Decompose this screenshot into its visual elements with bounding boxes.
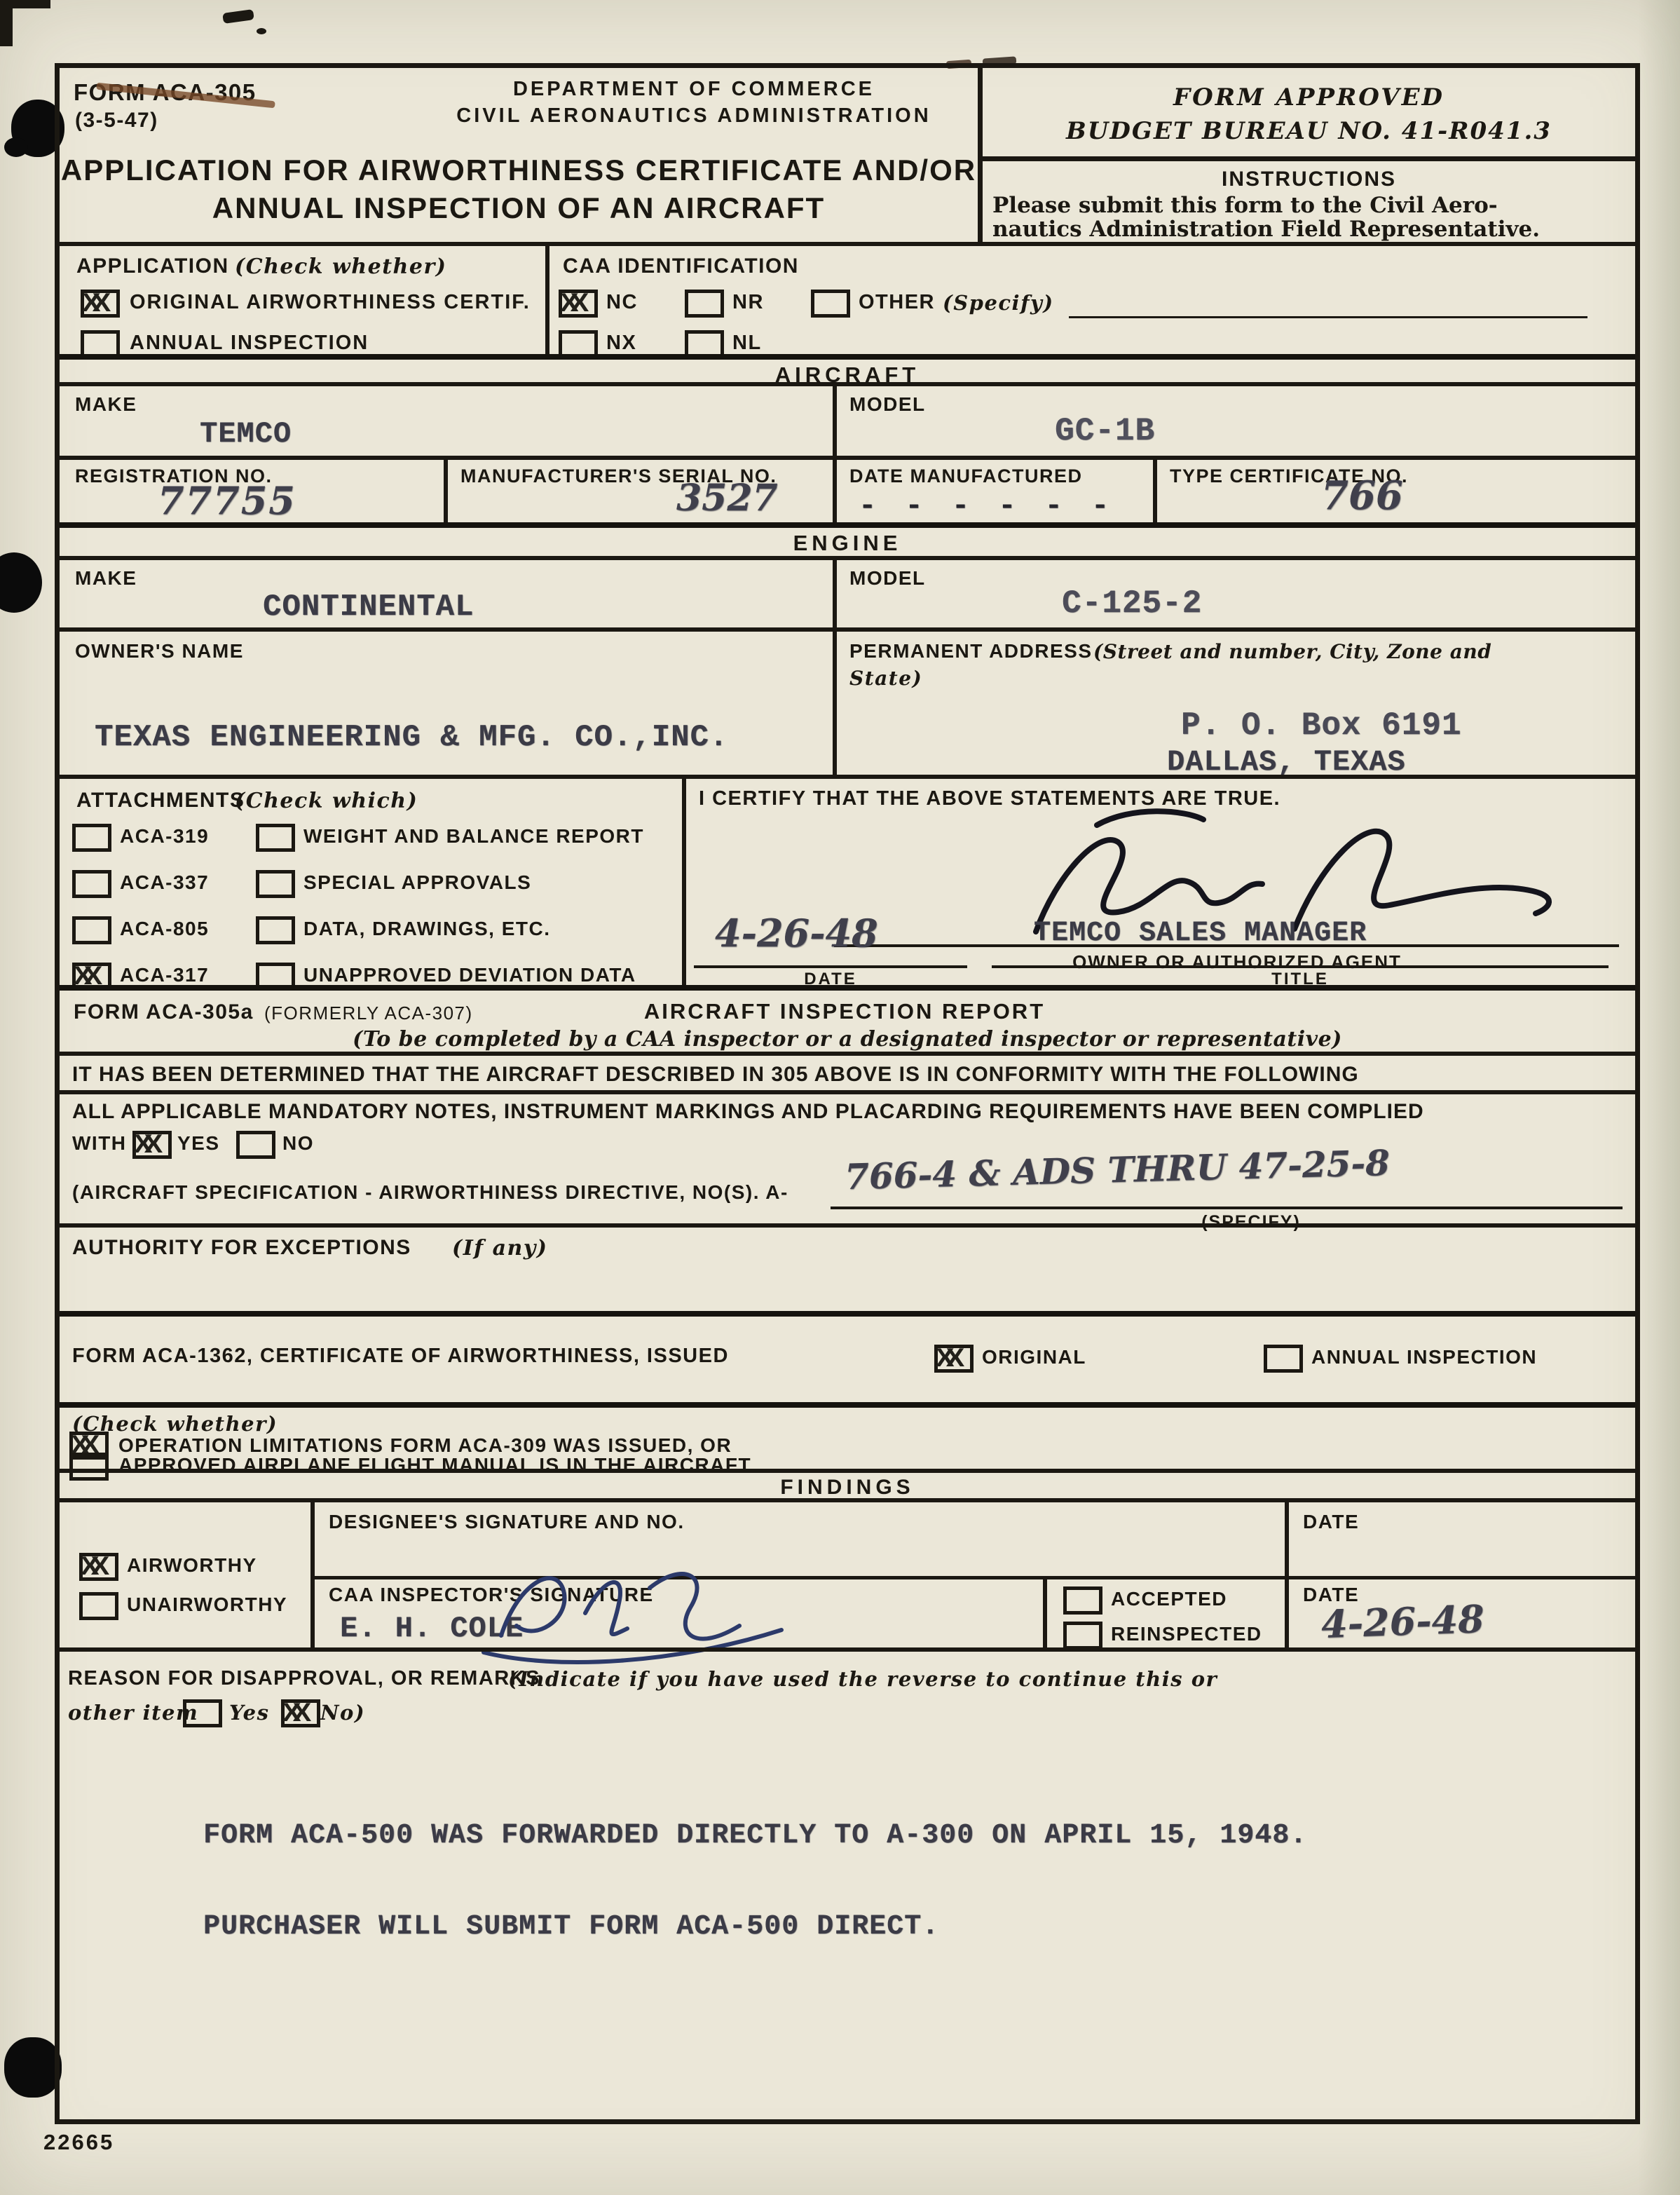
aircraft-section-band: AIRCRAFT <box>60 354 1635 382</box>
engine-make-model-row: MAKE CONTINENTAL MODEL C-125-2 <box>60 556 1635 627</box>
instructions-line1: Please submit this form to the Civil Aer… <box>992 193 1498 218</box>
airworthy-label: AIRWORTHY <box>127 1554 257 1577</box>
unairworthy-checkbox <box>79 1592 118 1620</box>
spec-directive-value: 766-4 & ADS THRU 47-25-8 <box>844 1142 1390 1197</box>
caa-nx-label: NX <box>606 332 636 355</box>
owner-address-row: OWNER'S NAME TEXAS ENGINEERING & MFG. CO… <box>60 627 1635 775</box>
issued-original-checkbox <box>934 1345 974 1373</box>
findings-date-label-top: DATE <box>1303 1511 1359 1533</box>
doc-number: 22665 <box>43 2130 114 2155</box>
inspection-report-title: AIRCRAFT INSPECTION REPORT <box>354 999 1335 1024</box>
hole-punch-middle <box>0 552 42 613</box>
findings-date-value: 4-26-48 <box>1320 1596 1485 1647</box>
inspection-form-ref: FORM ACA-305a <box>74 1000 254 1024</box>
attachments-label: ATTACHMENTS <box>76 789 245 813</box>
remarks-other-item-note: other item <box>68 1701 198 1725</box>
issued-annual-checkbox <box>1264 1345 1303 1373</box>
airworthy-checkbox <box>79 1553 118 1581</box>
header-row: FORM ACA-305 (3-5-47) DEPARTMENT OF COMM… <box>60 68 1635 242</box>
reinspected-checkbox <box>1063 1622 1102 1650</box>
serial-date-divider <box>833 460 837 522</box>
attachment-aca319-checkbox <box>72 824 111 852</box>
caa-other-label: OTHER <box>859 291 935 314</box>
engine-make-model-divider <box>833 560 837 627</box>
date-manufactured-label: DATE MANUFACTURED <box>849 465 1082 487</box>
authority-exceptions-label: AUTHORITY FOR EXCEPTIONS <box>72 1236 411 1260</box>
address-value-line1: P. O. Box 6191 <box>1181 707 1461 744</box>
accepted-label: ACCEPTED <box>1111 1588 1227 1610</box>
attachment-weight-balance-label: WEIGHT AND BALANCE REPORT <box>303 825 644 848</box>
findings-table: AIRWORTHY UNAIRWORTHY DESIGNEE'S SIGNATU… <box>60 1498 1635 1647</box>
application-caa-row: APPLICATION (Check whether) ORIGINAL AIR… <box>60 242 1635 354</box>
findings-date-divider <box>1285 1502 1289 1647</box>
compliance-yes-checkbox <box>132 1131 172 1159</box>
remarks-no-label: No) <box>320 1701 365 1725</box>
caa-nl-label: NL <box>732 332 762 355</box>
registration-value: 77755 <box>158 478 296 523</box>
attachments-label-note: (Check which) <box>235 789 418 813</box>
attachments-certify-divider <box>682 779 686 985</box>
header-right-box: FORM APPROVED BUDGET BUREAU NO. 41-R041.… <box>978 68 1635 242</box>
accepted-column-divider <box>1043 1576 1047 1647</box>
caa-nc-checkbox <box>559 290 598 318</box>
inspection-report-subtitle: (To be completed by a CAA inspector or a… <box>60 1027 1635 1052</box>
aircraft-model-label: MODEL <box>849 393 926 416</box>
reinspected-label: REINSPECTED <box>1111 1623 1262 1645</box>
form-revision: (3-5-47) <box>75 109 158 132</box>
attachment-weight-balance-checkbox <box>256 824 295 852</box>
page-title-line2: ANNUAL INSPECTION OF AN AIRCRAFT <box>60 191 978 225</box>
remarks-body-line2: PURCHASER WILL SUBMIT FORM ACA-500 DIREC… <box>203 1911 939 1943</box>
compliance-no-checkbox <box>236 1131 275 1159</box>
compliance-with-prefix: WITH <box>72 1132 127 1155</box>
aircraft-model-value: GC-1B <box>1055 413 1155 449</box>
caa-identification-label: CAA IDENTIFICATION <box>563 254 799 278</box>
application-label: APPLICATION <box>76 254 229 278</box>
attachment-data-drawings-label: DATA, DRAWINGS, ETC. <box>303 918 551 940</box>
permanent-address-note1: (Street and number, City, Zone and <box>1093 640 1491 663</box>
certificate-issued-label: FORM ACA-1362, CERTIFICATE OF AIRWORTHIN… <box>72 1345 729 1368</box>
compliance-no-label: NO <box>282 1132 314 1155</box>
hole-punch-bottom <box>4 2037 62 2098</box>
caa-nc-label: NC <box>606 291 638 314</box>
remarks-body-line1: FORM ACA-500 WAS FORWARDED DIRECTLY TO A… <box>203 1820 1307 1851</box>
caa-other-checkbox <box>811 290 850 318</box>
original-airworthiness-label: ORIGINAL AIRWORTHINESS CERTIF. <box>130 291 531 314</box>
form-approved-line1: FORM APPROVED <box>983 83 1635 111</box>
application-caa-divider <box>545 246 549 354</box>
scan-mark-top-dot <box>257 28 266 34</box>
attachment-unapproved-deviation-label: UNAPPROVED DEVIATION DATA <box>303 964 636 986</box>
form-approved-box: FORM APPROVED BUDGET BUREAU NO. 41-R041.… <box>983 68 1635 161</box>
spec-directive-label: (AIRCRAFT SPECIFICATION - AIRWORTHINESS … <box>72 1181 788 1204</box>
compliance-yes-label: YES <box>177 1132 220 1155</box>
form-border: FORM ACA-305 (3-5-47) DEPARTMENT OF COMM… <box>55 63 1640 2124</box>
owner-name-value: TEXAS ENGINEERING & MFG. CO.,INC. <box>95 720 728 755</box>
caa-other-writein-line <box>1069 316 1587 318</box>
determination-row: IT HAS BEEN DETERMINED THAT THE AIRCRAFT… <box>60 1052 1635 1090</box>
issued-annual-label: ANNUAL INSPECTION <box>1311 1346 1537 1368</box>
engine-make-label: MAKE <box>75 567 137 590</box>
scan-edge-mark-corner-h <box>0 0 50 8</box>
reg-serial-divider <box>444 460 448 522</box>
authority-exceptions-note: (If any) <box>452 1236 547 1260</box>
determination-text: IT HAS BEEN DETERMINED THAT THE AIRCRAFT… <box>72 1063 1359 1087</box>
page-title-line1: APPLICATION FOR AIRWORTHINESS CERTIFICAT… <box>60 154 978 187</box>
date-typecert-divider <box>1153 460 1157 522</box>
attachment-aca337-checkbox <box>72 870 111 898</box>
certify-title-line <box>992 965 1609 968</box>
findings-left-divider <box>310 1502 315 1647</box>
remarks-yes-label: Yes <box>229 1701 269 1725</box>
form-approved-line2: BUDGET BUREAU NO. 41-R041.3 <box>983 117 1635 145</box>
owner-name-label: OWNER'S NAME <box>75 640 244 662</box>
type-certificate-value: 766 <box>1321 473 1403 519</box>
attachment-aca337-label: ACA-337 <box>120 871 209 894</box>
caa-nr-checkbox <box>685 290 724 318</box>
caa-nr-label: NR <box>732 291 764 314</box>
inspection-report-header-row: FORM ACA-305a (FORMERLY ACA-307) AIRCRAF… <box>60 985 1635 1052</box>
aircraft-make-model-row: MAKE TEMCO MODEL GC-1B <box>60 382 1635 456</box>
inspector-signature <box>452 1557 803 1662</box>
remarks-row: REASON FOR DISAPPROVAL, OR REMARKS (Indi… <box>60 1647 1635 2119</box>
attachment-aca805-checkbox <box>72 916 111 944</box>
certify-date-value: 4-26-48 <box>715 911 878 956</box>
remarks-no-checkbox <box>281 1699 320 1727</box>
original-airworthiness-checkbox <box>81 290 120 318</box>
designee-signature-label: DESIGNEE'S SIGNATURE AND NO. <box>329 1511 685 1533</box>
unairworthy-label: UNAIRWORTHY <box>127 1593 287 1616</box>
certify-date-line <box>694 965 967 968</box>
aircraft-numbers-row: REGISTRATION NO. 77755 MANUFACTURER'S SE… <box>60 456 1635 522</box>
engine-make-value: CONTINENTAL <box>263 590 474 625</box>
remarks-yes-checkbox <box>183 1699 222 1727</box>
authority-exceptions-row: AUTHORITY FOR EXCEPTIONS (If any) <box>60 1223 1635 1311</box>
engine-model-label: MODEL <box>849 567 926 590</box>
permanent-address-label: PERMANENT ADDRESS <box>849 640 1093 662</box>
accepted-checkbox <box>1063 1586 1102 1615</box>
compliance-row: ALL APPLICABLE MANDATORY NOTES, INSTRUME… <box>60 1090 1635 1223</box>
scan-mark-top-dash <box>222 9 254 24</box>
remarks-label-note: (Indicate if you have used the reverse t… <box>508 1667 1217 1691</box>
aircraft-make-value: TEMCO <box>200 417 292 451</box>
serial-value: 3527 <box>676 477 778 519</box>
attachment-aca805-label: ACA-805 <box>120 918 209 940</box>
aircraft-make-model-divider <box>833 386 837 456</box>
application-label-note: (Check whether) <box>235 254 446 279</box>
engine-model-value: C-125-2 <box>1062 585 1202 622</box>
instructions-line2: nautics Administration Field Representat… <box>992 217 1540 242</box>
scanned-form-page: FORM ACA-305 (3-5-47) DEPARTMENT OF COMM… <box>0 0 1680 2195</box>
issued-original-label: ORIGINAL <box>982 1346 1086 1368</box>
remarks-label-main: REASON FOR DISAPPROVAL, OR REMARKS <box>68 1667 540 1690</box>
attachment-special-approvals-checkbox <box>256 870 295 898</box>
engine-section-band: ENGINE <box>60 522 1635 556</box>
annual-inspection-label: ANNUAL INSPECTION <box>130 332 369 355</box>
compliance-line1: ALL APPLICABLE MANDATORY NOTES, INSTRUME… <box>72 1100 1424 1124</box>
certificate-issued-row: FORM ACA-1362, CERTIFICATE OF AIRWORTHIN… <box>60 1311 1635 1402</box>
attachments-certify-row: ATTACHMENTS (Check which) ACA-319 WEIGHT… <box>60 775 1635 985</box>
permanent-address-note2: State) <box>849 667 922 690</box>
attachment-aca319-label: ACA-319 <box>120 825 209 848</box>
address-value-line2: DALLAS, TEXAS <box>1167 745 1406 779</box>
instructions-title: INSTRUCTIONS <box>983 168 1635 191</box>
certify-title-value: TEMCO SALES MANAGER <box>1034 918 1367 949</box>
date-manufactured-value: - - - - - - <box>859 489 1114 523</box>
spec-directive-line <box>831 1207 1623 1209</box>
caa-other-specify-note: (Specify) <box>943 291 1054 315</box>
aircraft-make-label: MAKE <box>75 393 137 416</box>
hole-punch-top-blob <box>4 137 28 157</box>
attachment-data-drawings-checkbox <box>256 916 295 944</box>
attachment-special-approvals-label: SPECIAL APPROVALS <box>303 871 531 894</box>
findings-section-band: FINDINGS <box>60 1469 1635 1498</box>
attachment-aca317-label: ACA-317 <box>120 964 209 986</box>
owner-address-divider <box>833 632 837 775</box>
operation-limitations-row: (Check whether) OPERATION LIMITATIONS FO… <box>60 1402 1635 1469</box>
